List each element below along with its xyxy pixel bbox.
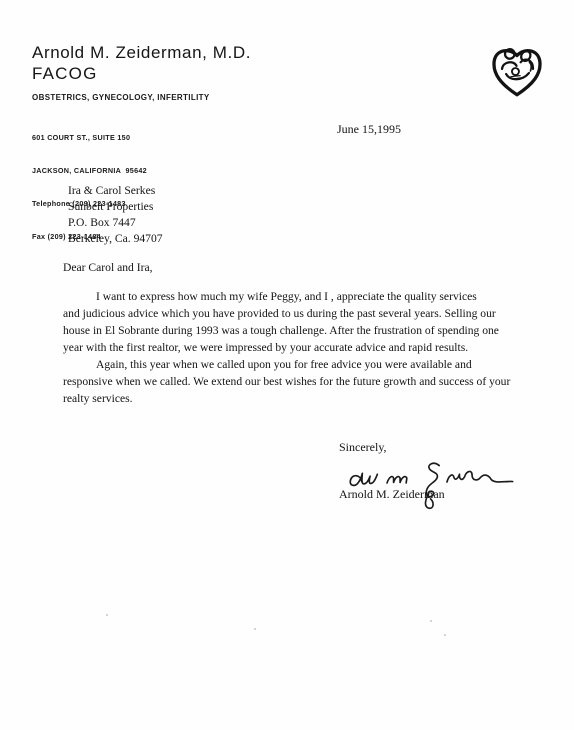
recipient-line: Ira & Carol Serkes xyxy=(68,183,533,199)
body-line: responsive when we called. We extend our… xyxy=(63,373,533,390)
body-line: year with the first realtor, we were imp… xyxy=(63,339,533,356)
address-city: JACKSON, CALIFORNIA 95642 xyxy=(32,165,251,176)
body-line: and judicious advice which you have prov… xyxy=(63,305,533,322)
recipient-address: Ira & Carol Serkes Sunbelt Properties P.… xyxy=(68,183,533,247)
family-in-heart-icon xyxy=(486,40,548,102)
letter-body: I want to express how much my wife Peggy… xyxy=(63,288,533,407)
scan-speckle xyxy=(254,628,256,630)
doctor-credential: FACOG xyxy=(32,63,251,84)
scan-speckle xyxy=(444,634,446,636)
address-street: 601 COURT ST., SUITE 150 xyxy=(32,132,251,143)
body-line: Again, this year when we called upon you… xyxy=(63,356,533,373)
doctor-name: Arnold M. Zeiderman, M.D. xyxy=(32,42,251,63)
letter-page: Arnold M. Zeiderman, M.D. FACOG OBSTETRI… xyxy=(0,0,574,730)
letter-date: June 15,1995 xyxy=(337,122,401,137)
body-line: I want to express how much my wife Peggy… xyxy=(63,288,533,305)
body-line: house in El Sobrante during 1993 was a t… xyxy=(63,322,533,339)
valediction: Sincerely, xyxy=(339,440,539,455)
signature-typed-name: Arnold M. Zeiderman xyxy=(339,487,445,502)
recipient-line: Sunbelt Properties xyxy=(68,199,533,215)
recipient-line: P.O. Box 7447 xyxy=(68,215,533,231)
handwritten-signature xyxy=(345,453,517,511)
body-line: realty services. xyxy=(63,390,533,407)
specialties-line: OBSTETRICS, GYNECOLOGY, INFERTILITY xyxy=(32,93,251,102)
salutation: Dear Carol and Ira, xyxy=(63,260,533,276)
scan-speckle xyxy=(430,620,432,622)
recipient-line: Berkeley, Ca. 94707 xyxy=(68,231,533,247)
scan-speckle xyxy=(106,614,108,616)
closing-block: Sincerely, Arnold M. Zeiderman xyxy=(339,440,539,520)
letter-content: Ira & Carol Serkes Sunbelt Properties P.… xyxy=(63,183,533,407)
